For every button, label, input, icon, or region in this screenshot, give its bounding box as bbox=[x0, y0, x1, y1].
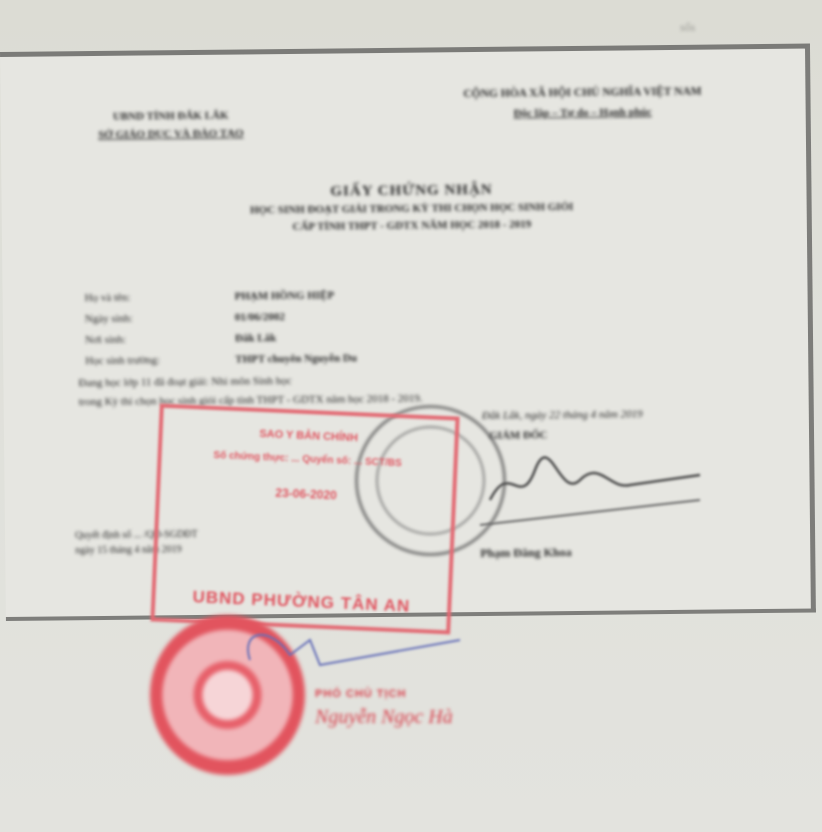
red-signature-block: PHÓ CHỦ TỊCH Nguyễn Ngọc Hà bbox=[315, 688, 453, 729]
stamp-date: 23-06-2020 bbox=[160, 481, 452, 508]
field-row: Ngày sinh:01/06/2002 bbox=[85, 306, 357, 330]
red-signer-title: PHÓ CHỦ TỊCH bbox=[315, 688, 453, 700]
field-label: Ngày sinh: bbox=[85, 308, 235, 331]
stamp-line-1: SAO Y BẢN CHÍNH bbox=[162, 424, 454, 449]
field-value: Đắk Lắk bbox=[235, 328, 276, 349]
right-header: CỘNG HÒA XÃ HỘI CHỦ NGHĨA VIỆT NAM Độc l… bbox=[372, 81, 792, 125]
left-header: UBND TỈNH ĐẮK LẮK SỞ GIÁO DỤC VÀ ĐÀO TẠO bbox=[41, 106, 301, 145]
field-value: PHẠM HỒNG HIỆP bbox=[234, 286, 334, 308]
signature-icon bbox=[470, 440, 710, 530]
left-header-line2: SỞ GIÁO DỤC VÀ ĐÀO TẠO bbox=[41, 124, 301, 145]
right-header-motto: Độc lập – Tự do – Hạnh phúc bbox=[373, 101, 793, 125]
issue-date: Đắk Lắk, ngày 22 tháng 4 năm 2019 bbox=[482, 408, 643, 422]
field-value: 01/06/2002 bbox=[235, 307, 285, 329]
signer-name: Phạm Đăng Khoa bbox=[480, 545, 572, 561]
stamp-line-2: Số chứng thực: ... Quyển số: ... SCT/BS bbox=[161, 448, 453, 472]
blue-signature-icon bbox=[220, 620, 480, 690]
certified-copy-stamp: SAO Y BẢN CHÍNH Số chứng thực: ... Quyển… bbox=[150, 404, 459, 635]
field-label: Nơi sinh: bbox=[85, 329, 235, 352]
field-row: Họ và tên:PHẠM HỒNG HIỆP bbox=[84, 285, 356, 309]
field-label: Họ và tên: bbox=[84, 287, 234, 310]
field-value: THPT chuyên Nguyễn Du bbox=[235, 348, 357, 370]
certificate-title-block: GIẤY CHỨNG NHẬN HỌC SINH ĐOẠT GIẢI TRONG… bbox=[101, 177, 722, 237]
student-fields: Họ và tên:PHẠM HỒNG HIỆP Ngày sinh:01/06… bbox=[84, 285, 357, 372]
field-label: Học sinh trường: bbox=[85, 350, 235, 373]
top-note: sốs bbox=[680, 20, 695, 35]
stamp-authority: UBND PHƯỜNG TÂN AN bbox=[155, 586, 448, 619]
field-row: Học sinh trường:THPT chuyên Nguyễn Du bbox=[85, 348, 357, 372]
field-row: Nơi sinh:Đắk Lắk bbox=[85, 327, 357, 351]
red-signer-name: Nguyễn Ngọc Hà bbox=[315, 706, 453, 729]
